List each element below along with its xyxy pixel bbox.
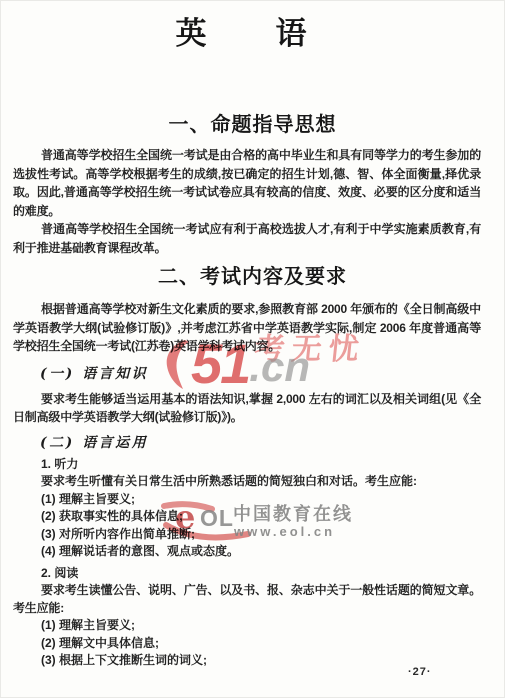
- list-item-listening-2: (2) 获取事实性的具体信息;: [13, 508, 481, 526]
- item-heading-reading: 2. 阅读: [13, 565, 505, 583]
- list-item-reading-2: (2) 理解文中具体信息;: [13, 635, 481, 653]
- list-item-reading-1: (1) 理解主旨要义;: [13, 617, 481, 635]
- paragraph-guideline-2: 普通高等学校招生全国统一考试应有利于高校选拔人才,有利于中学实施素质教育,有利于…: [13, 220, 481, 257]
- section-heading-content: 二、考试内容及要求: [0, 264, 505, 290]
- page-title: 英 语: [0, 16, 505, 52]
- paragraph-reading-lead: 要求考生读懂公告、说明、广告、以及书、报、杂志中关于一般性话题的简短文章。考生应…: [13, 582, 481, 617]
- subsection-heading-language-knowledge: (一) 语言知识: [40, 365, 505, 383]
- paragraph-content-intro: 根据普通高等学校对新生文化素质的要求,参照教育部 2000 年颁布的《全日制高级…: [13, 300, 481, 356]
- title-char-first: 英: [176, 16, 208, 52]
- page-number: ·27·: [408, 666, 432, 678]
- paragraph-language-knowledge: 要求考生能够适当运用基本的语法知识,掌握 2,000 左右的词汇以及相关词组(见…: [13, 390, 481, 427]
- item-heading-listening: 1. 听力: [13, 456, 505, 474]
- title-char-second: 语: [276, 16, 308, 52]
- paragraph-listening-lead: 要求考生听懂有关日常生活中所熟悉话题的简短独白和对话。考生应能:: [13, 473, 481, 491]
- paragraph-guideline-1: 普通高等学校招生全国统一考试是由合格的高中毕业生和具有同等学力的考生参加的选拔性…: [13, 146, 481, 220]
- subsection-heading-language-use: (二) 语言运用: [40, 434, 505, 452]
- list-item-listening-1: (1) 理解主旨要义;: [13, 491, 481, 509]
- list-item-listening-4: (4) 理解说话者的意图、观点或态度。: [13, 543, 481, 561]
- section-heading-guideline: 一、命题指导思想: [0, 112, 505, 138]
- list-item-listening-3: (3) 对所听内容作出简单推断;: [13, 526, 481, 544]
- scanned-document-page: 英 语 一、命题指导思想 普通高等学校招生全国统一考试是由合格的高中毕业生和具有…: [0, 0, 505, 698]
